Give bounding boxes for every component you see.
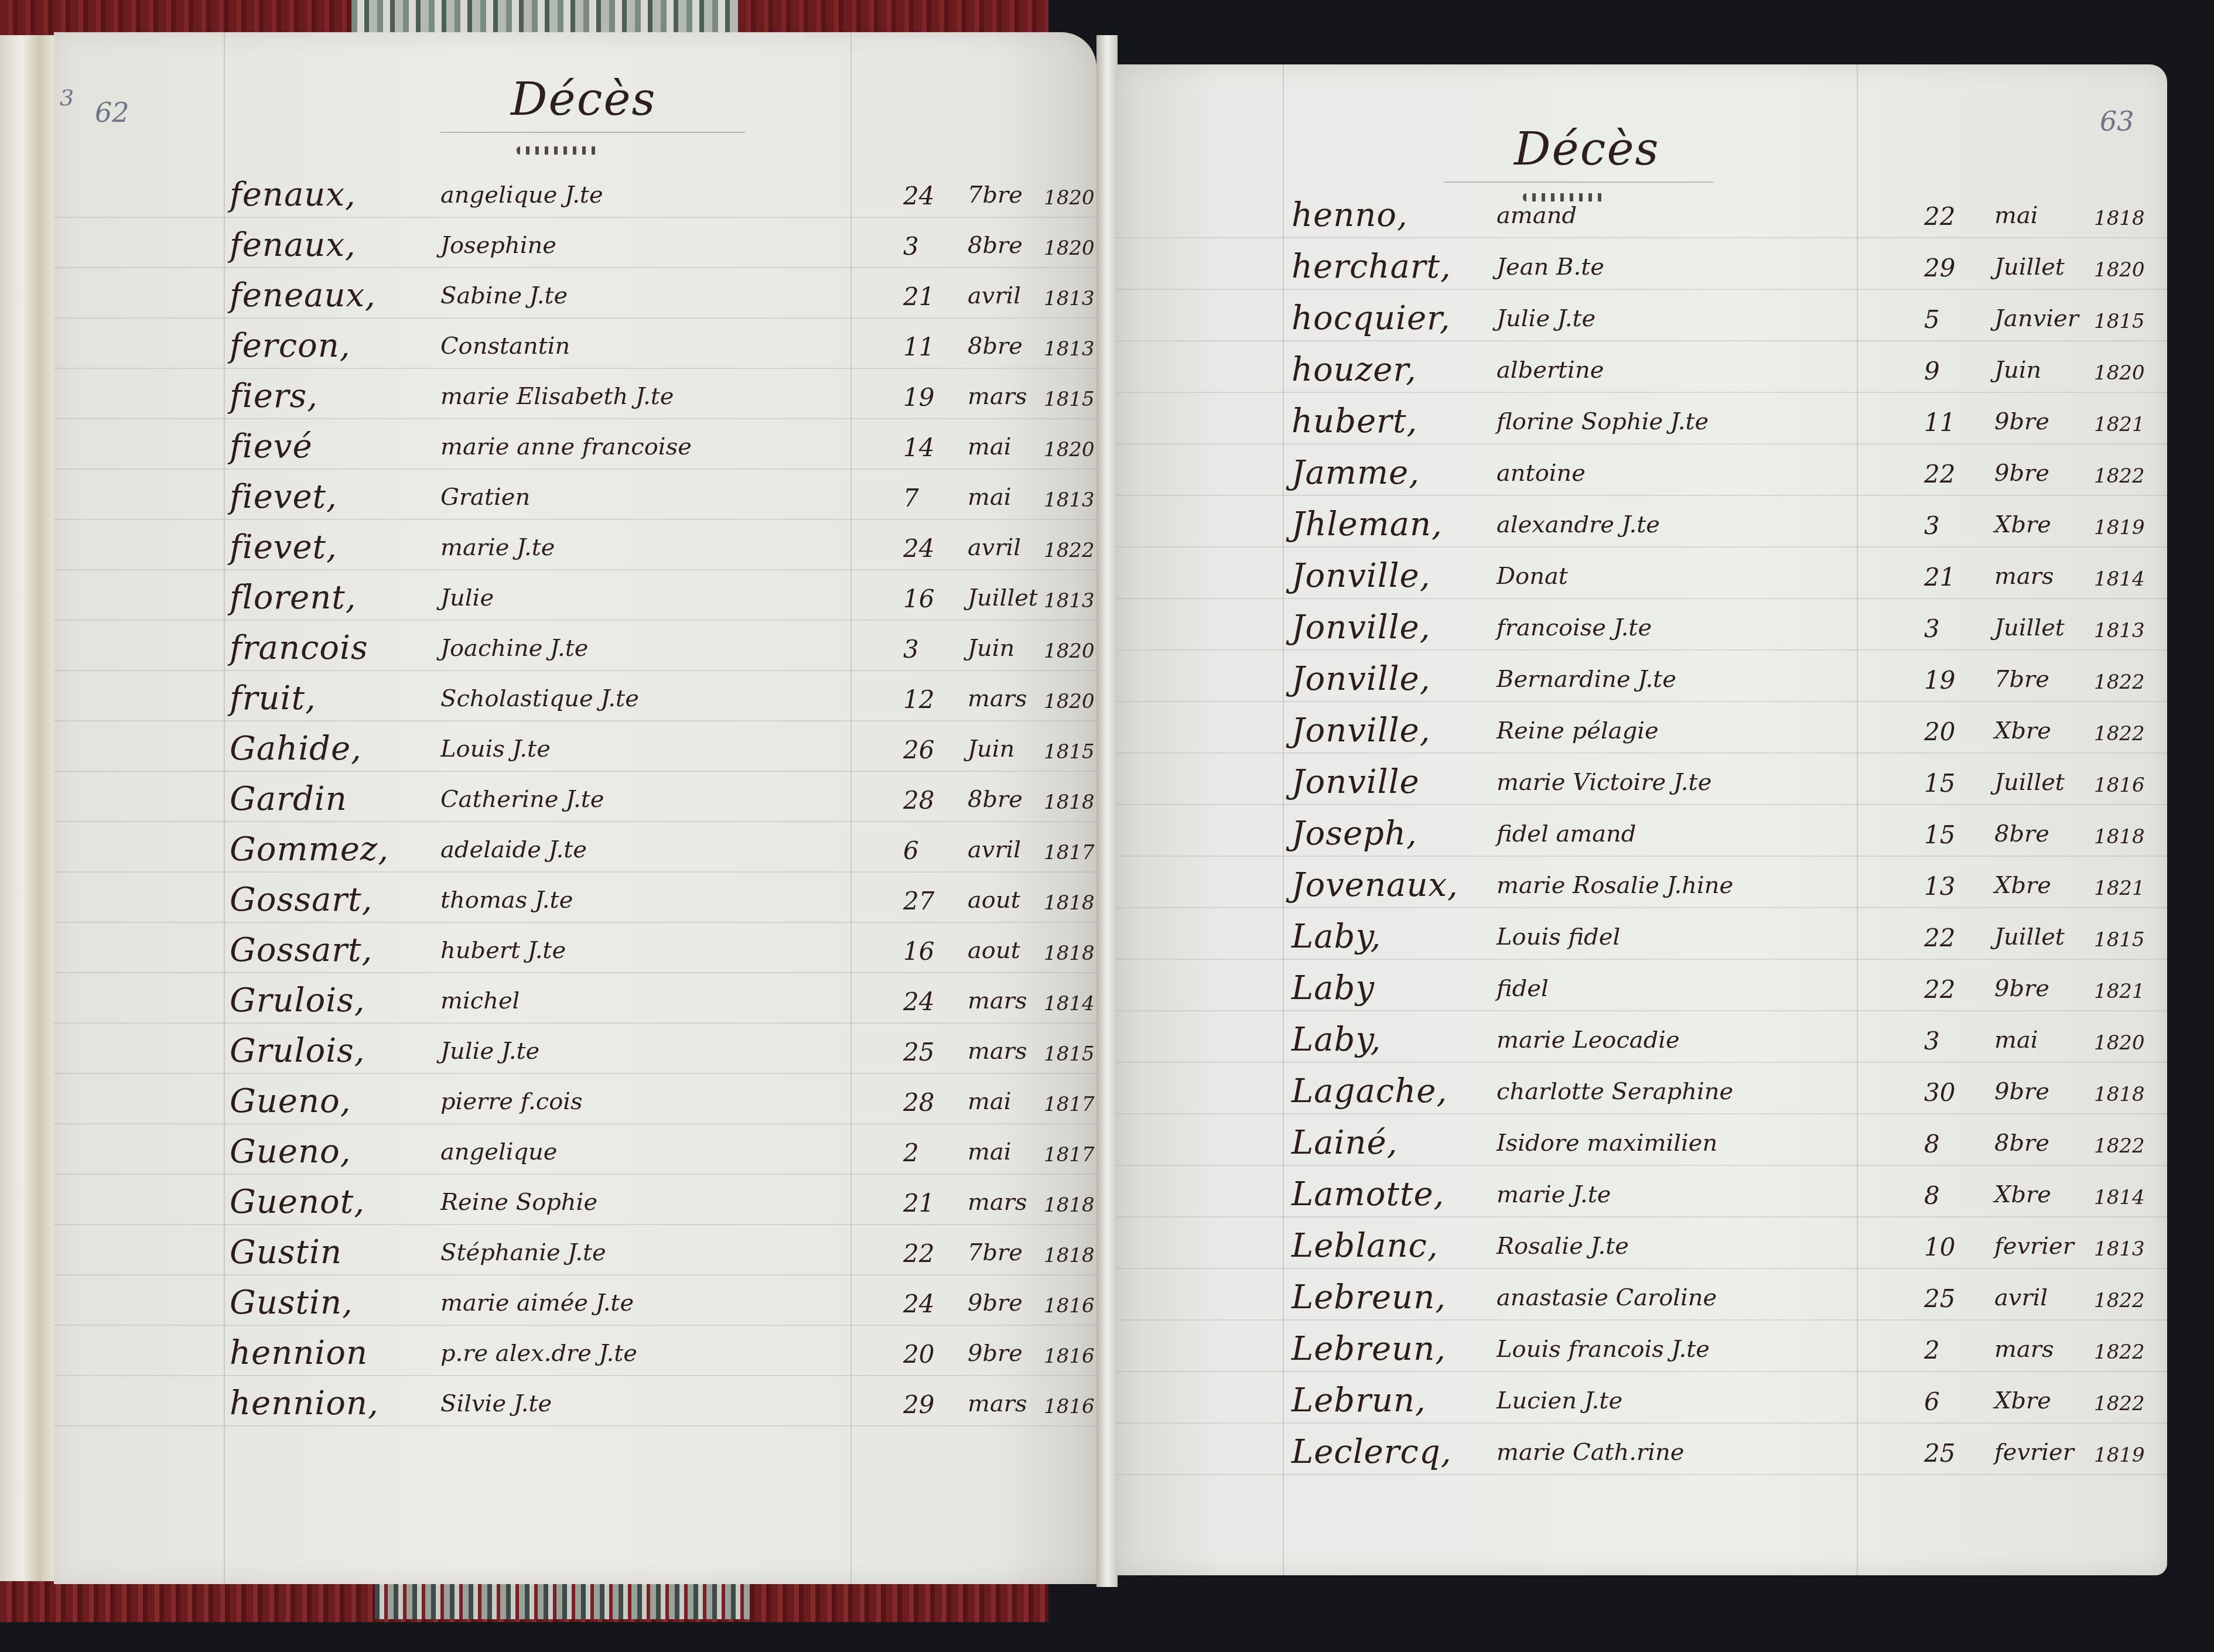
- death-day: 6: [903, 836, 919, 865]
- death-day: 2: [1924, 1336, 1940, 1364]
- death-day: 8: [1924, 1130, 1940, 1158]
- left-margin-rule: [1283, 64, 1284, 1575]
- death-day: 7: [903, 484, 919, 512]
- death-year: 1818: [1044, 942, 1095, 965]
- ruled-line: [1116, 289, 2167, 290]
- death-year: 1814: [2094, 567, 2145, 591]
- ruled-line: [1116, 649, 2167, 651]
- death-day: 22: [1924, 202, 1955, 231]
- ruled-line: [54, 1224, 1096, 1225]
- given-names: anastasie Caroline: [1496, 1284, 1717, 1311]
- register-entry: fercon, Constantin 11 8bre 1813: [230, 327, 1085, 372]
- death-month: mai: [968, 433, 1012, 460]
- death-year: 1820: [1044, 639, 1095, 663]
- right-page: 63 Décès henno, amand 22 mai 1818 hercha…: [1116, 64, 2167, 1575]
- ruled-line: [54, 620, 1096, 621]
- register-entry: hennion, Silvie J.te 29 mars 1816: [230, 1384, 1085, 1430]
- ruled-line: [1116, 1422, 2167, 1424]
- death-day: 9: [1924, 357, 1940, 385]
- death-day: 3: [1924, 614, 1940, 643]
- given-names: pierre f.cois: [440, 1088, 583, 1115]
- surname: Laby: [1291, 969, 1375, 1007]
- death-month: Xbre: [1994, 511, 2051, 538]
- register-entry: Guenot, Reine Sophie 21 mars 1818: [230, 1183, 1085, 1229]
- register-entry: herchart, Jean B.te 29 Juillet 1820: [1291, 248, 2158, 293]
- given-names: angelique: [440, 1138, 558, 1165]
- given-names: Bernardine J.te: [1496, 666, 1676, 693]
- ruled-line: [1116, 1010, 2167, 1011]
- death-month: avril: [968, 836, 1021, 863]
- book-gutter: [1096, 35, 1118, 1587]
- death-day: 15: [1924, 769, 1955, 798]
- ruled-line: [54, 1022, 1096, 1024]
- surname: Guenot,: [230, 1183, 365, 1221]
- given-names: hubert J.te: [440, 937, 566, 964]
- surname: fenaux,: [230, 226, 356, 264]
- death-month: 7bre: [968, 182, 1023, 208]
- death-month: Xbre: [1994, 1387, 2051, 1414]
- register-entry: Jamme, antoine 22 9bre 1822: [1291, 454, 2158, 500]
- death-month: Xbre: [1994, 717, 2051, 744]
- death-month: 8bre: [1994, 1130, 2049, 1157]
- death-year: 1822: [2094, 1289, 2145, 1312]
- death-month: mars: [968, 383, 1027, 410]
- ruled-line: [54, 1274, 1096, 1275]
- ruled-line: [54, 821, 1096, 822]
- register-entry: Jonville marie Victoire J.te 15 Juillet …: [1291, 763, 2158, 809]
- death-month: Juillet: [1994, 614, 2065, 641]
- death-year: 1821: [2094, 877, 2145, 900]
- surname: henno,: [1291, 196, 1408, 234]
- register-entry: Jonville, Reine pélagie 20 Xbre 1822: [1291, 712, 2158, 757]
- surname: fievet,: [230, 528, 337, 566]
- given-names: Catherine J.te: [440, 786, 604, 813]
- given-names: Reine pélagie: [1496, 717, 1659, 744]
- page-edges-left: [0, 35, 56, 1587]
- surname: Joseph,: [1291, 815, 1417, 853]
- ruled-line: [1116, 392, 2167, 393]
- register-entry: Gueno, pierre f.cois 28 mai 1817: [230, 1082, 1085, 1128]
- death-day: 27: [903, 887, 934, 915]
- given-names: Stéphanie J.te: [440, 1239, 606, 1266]
- death-day: 11: [903, 333, 934, 361]
- register-entry: Gommez, adelaide J.te 6 avril 1817: [230, 830, 1085, 876]
- page-heading: Décès: [1514, 123, 1660, 176]
- given-names: marie Elisabeth J.te: [440, 383, 674, 410]
- ruled-line: [1116, 598, 2167, 599]
- ruled-line: [1116, 340, 2167, 341]
- register-entry: hubert, florine Sophie J.te 11 9bre 1821: [1291, 402, 2158, 448]
- death-month: mars: [1994, 563, 2054, 590]
- register-entry: Laby, Louis fidel 22 Juillet 1815: [1291, 918, 2158, 963]
- death-day: 6: [1924, 1387, 1940, 1416]
- death-year: 1818: [1044, 1193, 1095, 1217]
- death-year: 1818: [1044, 1244, 1095, 1267]
- death-year: 1822: [2094, 1340, 2145, 1364]
- ruled-line: [1116, 1319, 2167, 1321]
- death-year: 1818: [2094, 207, 2145, 230]
- death-year: 1817: [1044, 841, 1095, 864]
- death-month: 9bre: [1994, 408, 2049, 435]
- given-names: angelique J.te: [440, 182, 603, 208]
- marbled-endpaper-bottom: [375, 1584, 750, 1619]
- surname: Jonville: [1291, 763, 1420, 801]
- register-entry: Jovenaux, marie Rosalie J.hine 13 Xbre 1…: [1291, 866, 2158, 912]
- given-names: Scholastique J.te: [440, 685, 639, 712]
- ruled-line: [54, 720, 1096, 721]
- death-year: 1822: [2094, 722, 2145, 745]
- given-names: marie aimée J.te: [440, 1290, 634, 1316]
- register-entry: fenaux, angelique J.te 24 7bre 1820: [230, 176, 1085, 221]
- given-names: marie J.te: [440, 534, 555, 561]
- register-entry: fievet, Gratien 7 mai 1813: [230, 478, 1085, 524]
- death-year: 1816: [1044, 1294, 1095, 1318]
- death-day: 14: [903, 433, 934, 462]
- death-month: Juillet: [1994, 254, 2065, 281]
- surname: Laby,: [1291, 918, 1381, 956]
- ruled-line: [1116, 959, 2167, 960]
- death-year: 1817: [1044, 1093, 1095, 1116]
- register-entry: houzer, albertine 9 Juin 1820: [1291, 351, 2158, 396]
- given-names: Jean B.te: [1496, 254, 1604, 281]
- death-year: 1815: [2094, 310, 2145, 333]
- ruled-line: [54, 1325, 1096, 1326]
- heading-underline: [1444, 182, 1713, 183]
- surname: fruit,: [230, 679, 316, 717]
- death-month: 8bre: [968, 232, 1023, 259]
- death-month: Janvier: [1994, 305, 2079, 332]
- ruled-line: [1116, 1474, 2167, 1475]
- death-day: 26: [903, 736, 934, 764]
- register-entry: Jhleman, alexandre J.te 3 Xbre 1819: [1291, 505, 2158, 551]
- register-entry: Gustin, marie aimée J.te 24 9bre 1816: [230, 1284, 1085, 1329]
- death-day: 25: [903, 1038, 934, 1066]
- given-names: charlotte Seraphine: [1496, 1078, 1733, 1105]
- death-year: 1819: [2094, 516, 2145, 539]
- register-entry: Gossart, thomas J.te 27 aout 1818: [230, 881, 1085, 926]
- death-day: 22: [1924, 460, 1955, 488]
- death-day: 30: [1924, 1078, 1955, 1107]
- register-entry: Leclercq, marie Cath.rine 25 fevrier 181…: [1291, 1433, 2158, 1479]
- death-month: avril: [1994, 1284, 2048, 1311]
- given-names: Julie J.te: [440, 1038, 539, 1065]
- given-names: marie Cath.rine: [1496, 1439, 1684, 1466]
- given-names: p.re alex.dre J.te: [440, 1340, 637, 1367]
- death-day: 12: [903, 685, 934, 714]
- surname: Gossart,: [230, 881, 373, 919]
- death-month: avril: [968, 534, 1021, 561]
- given-names: Silvie J.te: [440, 1390, 552, 1417]
- death-year: 1817: [1044, 1143, 1095, 1167]
- death-month: 9bre: [968, 1340, 1023, 1367]
- register-entry: Lainé, Isidore maximilien 8 8bre 1822: [1291, 1124, 2158, 1169]
- surname: fiers,: [230, 377, 318, 415]
- register-entry: Lamotte, marie J.te 8 Xbre 1814: [1291, 1175, 2158, 1221]
- given-names: Reine Sophie: [440, 1189, 597, 1216]
- surname: Gustin,: [230, 1284, 353, 1322]
- marbled-endpaper-top: [351, 0, 738, 32]
- surname: Jonville,: [1291, 557, 1431, 595]
- surname: Grulois,: [230, 981, 365, 1020]
- surname: Gahide,: [230, 730, 362, 768]
- death-day: 21: [903, 282, 934, 311]
- given-names: fidel amand: [1496, 820, 1636, 847]
- death-year: 1813: [1044, 287, 1095, 310]
- surname: Laby,: [1291, 1021, 1381, 1059]
- death-year: 1814: [2094, 1186, 2145, 1209]
- given-names: marie Leocadie: [1496, 1027, 1680, 1054]
- given-names: adelaide J.te: [440, 836, 587, 863]
- given-names: Louis fidel: [1496, 924, 1620, 950]
- ruled-line: [54, 1375, 1096, 1376]
- death-day: 22: [1924, 975, 1955, 1004]
- death-day: 28: [903, 786, 934, 815]
- register-entry: Gardin Catherine J.te 28 8bre 1818: [230, 780, 1085, 826]
- given-names: Joachine J.te: [440, 635, 588, 662]
- death-year: 1816: [2094, 774, 2145, 797]
- surname: Lebrun,: [1291, 1381, 1426, 1420]
- register-entry: fruit, Scholastique J.te 12 mars 1820: [230, 679, 1085, 725]
- death-year: 1821: [2094, 980, 2145, 1003]
- surname: fievet,: [230, 478, 337, 516]
- death-day: 24: [903, 182, 934, 210]
- ruled-line: [54, 317, 1096, 319]
- given-names: Rosalie J.te: [1496, 1233, 1629, 1260]
- surname: Gustin: [230, 1233, 342, 1271]
- death-day: 19: [903, 383, 934, 412]
- register-entry: fenaux, Josephine 3 8bre 1820: [230, 226, 1085, 272]
- death-month: Juin: [968, 736, 1014, 762]
- register-entry: fievet, marie J.te 24 avril 1822: [230, 528, 1085, 574]
- surname: fievé: [230, 427, 313, 466]
- death-month: avril: [968, 282, 1021, 309]
- given-names: Julie: [440, 584, 494, 611]
- ruled-line: [1116, 1216, 2167, 1217]
- death-month: 8bre: [968, 333, 1023, 360]
- ruled-line: [1116, 1268, 2167, 1269]
- ruled-line: [54, 418, 1096, 419]
- given-names: Sabine J.te: [440, 282, 568, 309]
- death-year: 1813: [2094, 619, 2145, 642]
- surname: Lainé,: [1291, 1124, 1398, 1162]
- death-month: 7bre: [968, 1239, 1023, 1266]
- heading-flourish: [517, 146, 599, 155]
- death-day: 25: [1924, 1284, 1955, 1313]
- surname: Jhleman,: [1291, 505, 1443, 543]
- death-day: 3: [1924, 1027, 1940, 1055]
- death-year: 1818: [1044, 891, 1095, 915]
- register-entry: Grulois, michel 24 mars 1814: [230, 981, 1085, 1027]
- surname: Jonville,: [1291, 608, 1431, 647]
- death-year: 1818: [2094, 1083, 2145, 1106]
- death-month: mars: [1994, 1336, 2054, 1363]
- right-page-number: 63: [2100, 105, 2134, 137]
- ruled-line: [54, 569, 1096, 570]
- death-month: 8bre: [1994, 820, 2049, 847]
- death-day: 29: [1924, 254, 1955, 282]
- death-month: mai: [968, 484, 1012, 511]
- death-year: 1814: [1044, 992, 1095, 1015]
- given-names: florine Sophie J.te: [1496, 408, 1709, 435]
- given-names: marie anne francoise: [440, 433, 692, 460]
- death-year: 1813: [1044, 488, 1095, 512]
- given-names: Lucien J.te: [1496, 1387, 1622, 1414]
- register-entry: fiers, marie Elisabeth J.te 19 mars 1815: [230, 377, 1085, 423]
- death-day: 24: [903, 534, 934, 563]
- ruled-line: [1116, 495, 2167, 496]
- given-names: francoise J.te: [1496, 614, 1652, 641]
- register-entry: Laby, marie Leocadie 3 mai 1820: [1291, 1021, 2158, 1066]
- surname: herchart,: [1291, 248, 1451, 286]
- register-entry: Lagache, charlotte Seraphine 30 9bre 181…: [1291, 1072, 2158, 1118]
- death-day: 21: [1924, 563, 1955, 591]
- register-entry: Gustin Stéphanie J.te 22 7bre 1818: [230, 1233, 1085, 1279]
- surname: Gossart,: [230, 931, 373, 969]
- ruled-line: [1116, 443, 2167, 444]
- margin-mark: 3: [60, 85, 74, 111]
- surname: Jovenaux,: [1291, 866, 1458, 904]
- ruled-line: [54, 468, 1096, 470]
- death-month: 9bre: [968, 1290, 1023, 1316]
- death-year: 1822: [2094, 1392, 2145, 1415]
- death-day: 29: [903, 1390, 934, 1419]
- left-page-number: 62: [95, 97, 129, 128]
- surname: Lamotte,: [1291, 1175, 1444, 1213]
- given-names: marie Victoire J.te: [1496, 769, 1711, 796]
- death-year: 1813: [2094, 1237, 2145, 1261]
- death-year: 1818: [2094, 825, 2145, 849]
- ruled-line: [54, 1123, 1096, 1124]
- surname: Lebreun,: [1291, 1330, 1446, 1368]
- register-entry: florent, Julie 16 Juillet 1813: [230, 579, 1085, 624]
- death-year: 1813: [1044, 589, 1095, 613]
- ruled-line: [54, 1073, 1096, 1074]
- given-names: marie J.te: [1496, 1181, 1611, 1208]
- ruled-line: [1116, 1113, 2167, 1114]
- surname: hennion: [230, 1334, 368, 1372]
- given-names: thomas J.te: [440, 887, 573, 914]
- death-month: fevrier: [1994, 1233, 2074, 1260]
- ruled-line: [1116, 701, 2167, 702]
- register-entry: Jonville, Donat 21 mars 1814: [1291, 557, 2158, 603]
- death-day: 28: [903, 1088, 934, 1117]
- register-entry: Gossart, hubert J.te 16 aout 1818: [230, 931, 1085, 977]
- death-day: 22: [1924, 924, 1955, 952]
- register-entry: Grulois, Julie J.te 25 mars 1815: [230, 1032, 1085, 1078]
- death-day: 21: [903, 1189, 934, 1217]
- death-day: 10: [1924, 1233, 1955, 1261]
- death-month: 9bre: [1994, 1078, 2049, 1105]
- given-names: albertine: [1496, 357, 1604, 384]
- death-month: aout: [968, 887, 1020, 914]
- given-names: Josephine: [440, 232, 556, 259]
- register-entry: Lebreun, Louis francois J.te 2 mars 1822: [1291, 1330, 2158, 1376]
- register-entry: fievé marie anne francoise 14 mai 1820: [230, 427, 1085, 473]
- death-day: 20: [903, 1340, 934, 1369]
- register-entry: feneaux, Sabine J.te 21 avril 1813: [230, 276, 1085, 322]
- death-day: 11: [1924, 408, 1955, 437]
- register-entry: Jonville, francoise J.te 3 Juillet 1813: [1291, 608, 2158, 654]
- death-month: Juillet: [1994, 924, 2065, 950]
- register-entry: Gueno, angelique 2 mai 1817: [230, 1133, 1085, 1178]
- death-day: 3: [903, 232, 919, 261]
- death-year: 1820: [2094, 258, 2145, 282]
- ruled-line: [54, 267, 1096, 268]
- death-day: 19: [1924, 666, 1955, 695]
- death-year: 1816: [1044, 1345, 1095, 1368]
- death-month: mai: [968, 1138, 1012, 1165]
- death-year: 1820: [1044, 438, 1095, 461]
- ruled-line: [54, 1174, 1096, 1175]
- surname: fercon,: [230, 327, 351, 365]
- death-month: fevrier: [1994, 1439, 2074, 1466]
- death-month: mars: [968, 1390, 1027, 1417]
- ruled-line: [1116, 753, 2167, 754]
- surname: houzer,: [1291, 351, 1417, 389]
- surname: Gardin: [230, 780, 347, 818]
- death-year: 1820: [1044, 690, 1095, 713]
- surname: Jonville,: [1291, 660, 1431, 698]
- death-year: 1820: [1044, 237, 1095, 260]
- death-day: 16: [903, 937, 934, 966]
- ruled-line: [54, 922, 1096, 923]
- given-names: michel: [440, 987, 520, 1014]
- ruled-line: [1116, 237, 2167, 238]
- surname: Lagache,: [1291, 1072, 1447, 1110]
- surname: Jamme,: [1291, 454, 1420, 492]
- given-names: antoine: [1496, 460, 1586, 487]
- ruled-line: [54, 670, 1096, 671]
- register-entry: Leblanc, Rosalie J.te 10 fevrier 1813: [1291, 1227, 2158, 1273]
- given-names: Julie J.te: [1496, 305, 1595, 332]
- ruled-line: [54, 1425, 1096, 1427]
- death-day: 13: [1924, 872, 1955, 901]
- death-month: mars: [968, 1038, 1027, 1065]
- death-year: 1816: [1044, 1395, 1095, 1418]
- death-year: 1813: [1044, 337, 1095, 361]
- death-month: mars: [968, 987, 1027, 1014]
- ruled-line: [1116, 1371, 2167, 1372]
- surname: Jonville,: [1291, 712, 1431, 750]
- register-entry: hocquier, Julie J.te 5 Janvier 1815: [1291, 299, 2158, 345]
- surname: hocquier,: [1291, 299, 1451, 337]
- given-names: fidel: [1496, 975, 1549, 1002]
- given-names: alexandre J.te: [1496, 511, 1660, 538]
- death-year: 1818: [1044, 791, 1095, 814]
- death-month: mai: [968, 1088, 1012, 1115]
- death-month: Juillet: [968, 584, 1038, 611]
- ruled-line: [54, 368, 1096, 369]
- death-day: 5: [1924, 305, 1940, 334]
- given-names: Gratien: [440, 484, 530, 511]
- ruled-line: [1116, 804, 2167, 805]
- surname: fenaux,: [230, 176, 356, 214]
- register-entry: Joseph, fidel amand 15 8bre 1818: [1291, 815, 2158, 860]
- death-month: Juin: [1994, 357, 2041, 384]
- surname: hennion,: [230, 1384, 379, 1422]
- ruled-line: [54, 771, 1096, 772]
- death-year: 1822: [2094, 464, 2145, 488]
- left-page: 62 3 Décès fenaux, angelique J.te 24 7br…: [54, 32, 1096, 1584]
- surname: Gueno,: [230, 1082, 351, 1120]
- death-month: Xbre: [1994, 1181, 2051, 1208]
- given-names: Louis francois J.te: [1496, 1336, 1710, 1363]
- death-day: 16: [903, 584, 934, 613]
- death-month: mai: [1994, 1027, 2038, 1054]
- register-entry: Gahide, Louis J.te 26 Juin 1815: [230, 730, 1085, 775]
- death-day: 24: [903, 987, 934, 1016]
- surname: florent,: [230, 579, 357, 617]
